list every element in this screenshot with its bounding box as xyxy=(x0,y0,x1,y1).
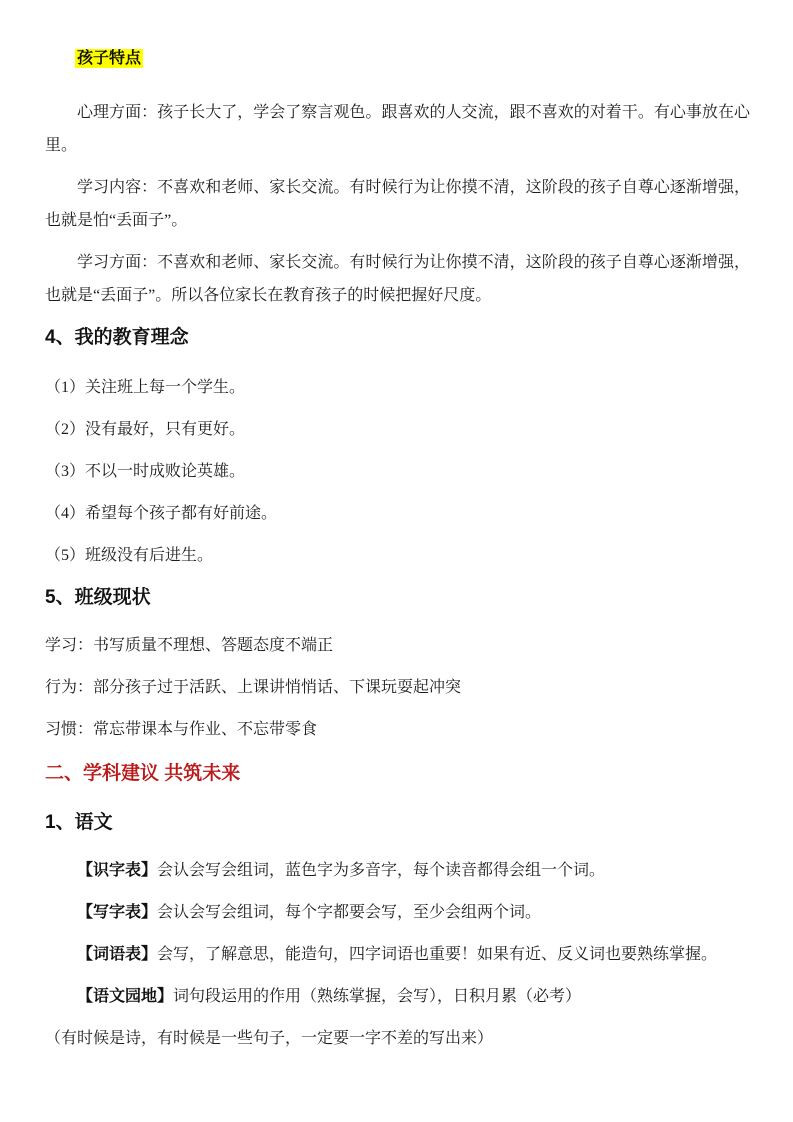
vocab-label-shizibiao: 【识字表】 xyxy=(77,862,157,879)
philosophy-item-4: （4）希望每个孩子都有好前途。 xyxy=(45,497,750,530)
paragraph-psychology: 心理方面：孩子长大了，学会了察言观色。跟喜欢的人交流，跟不喜欢的对着干。有心事放… xyxy=(45,96,750,162)
vocab-item-yuwenyuandi: 【语文园地】词句段运用的作用（熟练掌握，会写），日积月累（必考） xyxy=(45,980,750,1013)
vocab-item-shizibiao: 【识字表】会认会写会组词，蓝色字为多音字，每个读音都得会组一个词。 xyxy=(45,854,750,887)
vocab-item-xiezibiao: 【写字表】会认会写会组词，每个字都要会写，至少会组两个词。 xyxy=(45,896,750,929)
paragraph-study-content: 学习内容：不喜欢和老师、家长交流。有时候行为让你摸不清，这阶段的孩子自尊心逐渐增… xyxy=(45,171,750,237)
vocab-label-ciyubiao: 【词语表】 xyxy=(77,946,157,963)
paragraph-study-aspect: 学习方面：不喜欢和老师、家长交流。有时候行为让你摸不清，这阶段的孩子自尊心逐渐增… xyxy=(45,246,750,312)
philosophy-item-5: （5）班级没有后进生。 xyxy=(45,539,750,572)
section-heading-education-philosophy: 4、我的教育理念 xyxy=(45,324,750,351)
status-line-study: 学习：书写质量不理想、答题态度不端正 xyxy=(45,629,750,662)
vocab-text-shizibiao: 会认会写会组词，蓝色字为多音字，每个读音都得会组一个词。 xyxy=(157,862,605,879)
highlighted-title: 孩子特点 xyxy=(75,49,143,68)
document-page: 孩子特点 心理方面：孩子长大了，学会了察言观色。跟喜欢的人交流，跟不喜欢的对着干… xyxy=(0,0,793,1122)
vocab-text-ciyubiao: 会写，了解意思，能造句，四字词语也重要！如果有近、反义词也要熟练掌握。 xyxy=(157,946,717,963)
philosophy-item-1: （1）关注班上每一个学生。 xyxy=(45,371,750,404)
subsection-heading-chinese: 1、语文 xyxy=(45,809,750,836)
note-paragraph: （有时候是诗，有时候是一些句子，一定要一字不差的写出来） xyxy=(45,1022,750,1055)
vocab-item-ciyubiao: 【词语表】会写，了解意思，能造句，四字词语也重要！如果有近、反义词也要熟练掌握。 xyxy=(45,938,750,971)
vocab-text-xiezibiao: 会认会写会组词，每个字都要会写，至少会组两个词。 xyxy=(157,904,541,921)
status-line-habit: 习惯：常忘带课本与作业、不忘带零食 xyxy=(45,713,750,746)
section-heading-class-status: 5、班级现状 xyxy=(45,584,750,611)
status-line-behavior: 行为：部分孩子过于活跃、上课讲悄悄话、下课玩耍起冲突 xyxy=(45,671,750,704)
vocab-label-xiezibiao: 【写字表】 xyxy=(77,904,157,921)
doc-title-row: 孩子特点 xyxy=(45,48,750,70)
section-heading-subject-advice: 二、学科建议 共筑未来 xyxy=(45,760,750,787)
philosophy-item-2: （2）没有最好，只有更好。 xyxy=(45,413,750,446)
philosophy-item-3: （3）不以一时成败论英雄。 xyxy=(45,455,750,488)
vocab-text-yuwenyuandi: 词句段运用的作用（熟练掌握，会写），日积月累（必考） xyxy=(173,988,581,1005)
vocab-label-yuwenyuandi: 【语文园地】 xyxy=(77,988,173,1005)
